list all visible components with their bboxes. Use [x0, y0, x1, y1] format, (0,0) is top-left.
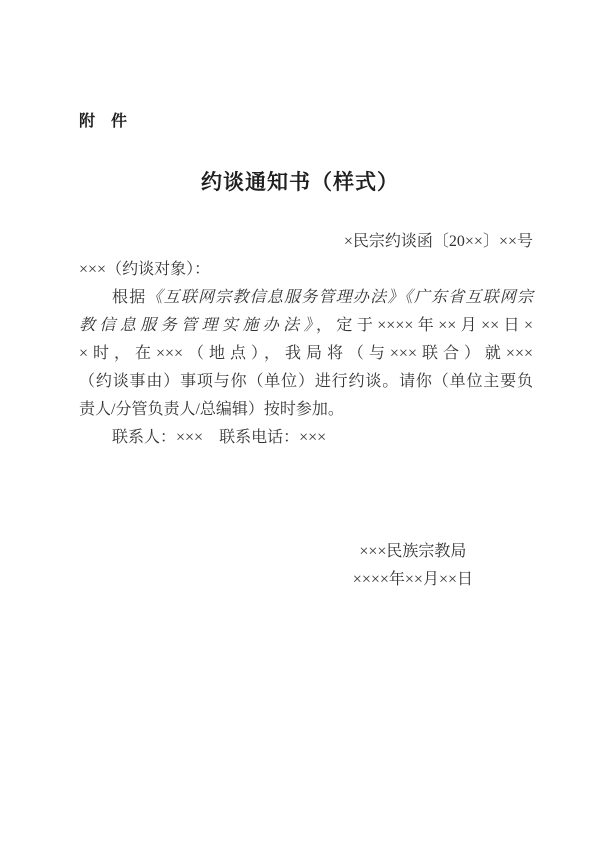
document-page: 附 件 约谈通知书（样式） ×民宗约谈函〔20××〕××号 ×××（约谈对象）：… [0, 0, 600, 848]
paragraph-text: 根据 [112, 289, 146, 306]
paragraph-line-5: 责人/分管负责人/总编辑）按时参加。 [79, 396, 533, 424]
signature-block: ×××民族宗教局 ××××年××月××日 [353, 538, 473, 594]
document-title: 约谈通知书（样式） [0, 166, 600, 196]
salutation-line: ×××（约谈对象）： [79, 256, 533, 284]
regulation-title: 《互联网宗教信息服务管理办法》《广东省互联网宗 [146, 289, 533, 306]
regulation-title: 教信息服务管理实施办法》 [79, 317, 316, 334]
signature-org: ×××民族宗教局 [353, 538, 473, 566]
doc-number: ×民宗约谈函〔20××〕××号 [79, 228, 533, 256]
paragraph-line-2: 教信息服务管理实施办法》，定于××××年××月××日× [79, 312, 533, 340]
paragraph-line-1: 根据《互联网宗教信息服务管理办法》《广东省互联网宗 [79, 284, 533, 312]
paragraph-line-3: ×时，在×××（地点），我局将（与×××联合）就××× [79, 340, 533, 368]
document-body: ×民宗约谈函〔20××〕××号 ×××（约谈对象）： 根据《互联网宗教信息服务管… [79, 228, 533, 452]
paragraph-text: ，定于××××年××月××日× [316, 317, 533, 334]
signature-date: ××××年××月××日 [353, 566, 473, 594]
contact-line: 联系人：××× 联系电话：××× [79, 424, 533, 452]
attachment-label: 附 件 [79, 108, 127, 131]
paragraph-line-4: （约谈事由）事项与你（单位）进行约谈。请你（单位主要负 [79, 368, 533, 396]
